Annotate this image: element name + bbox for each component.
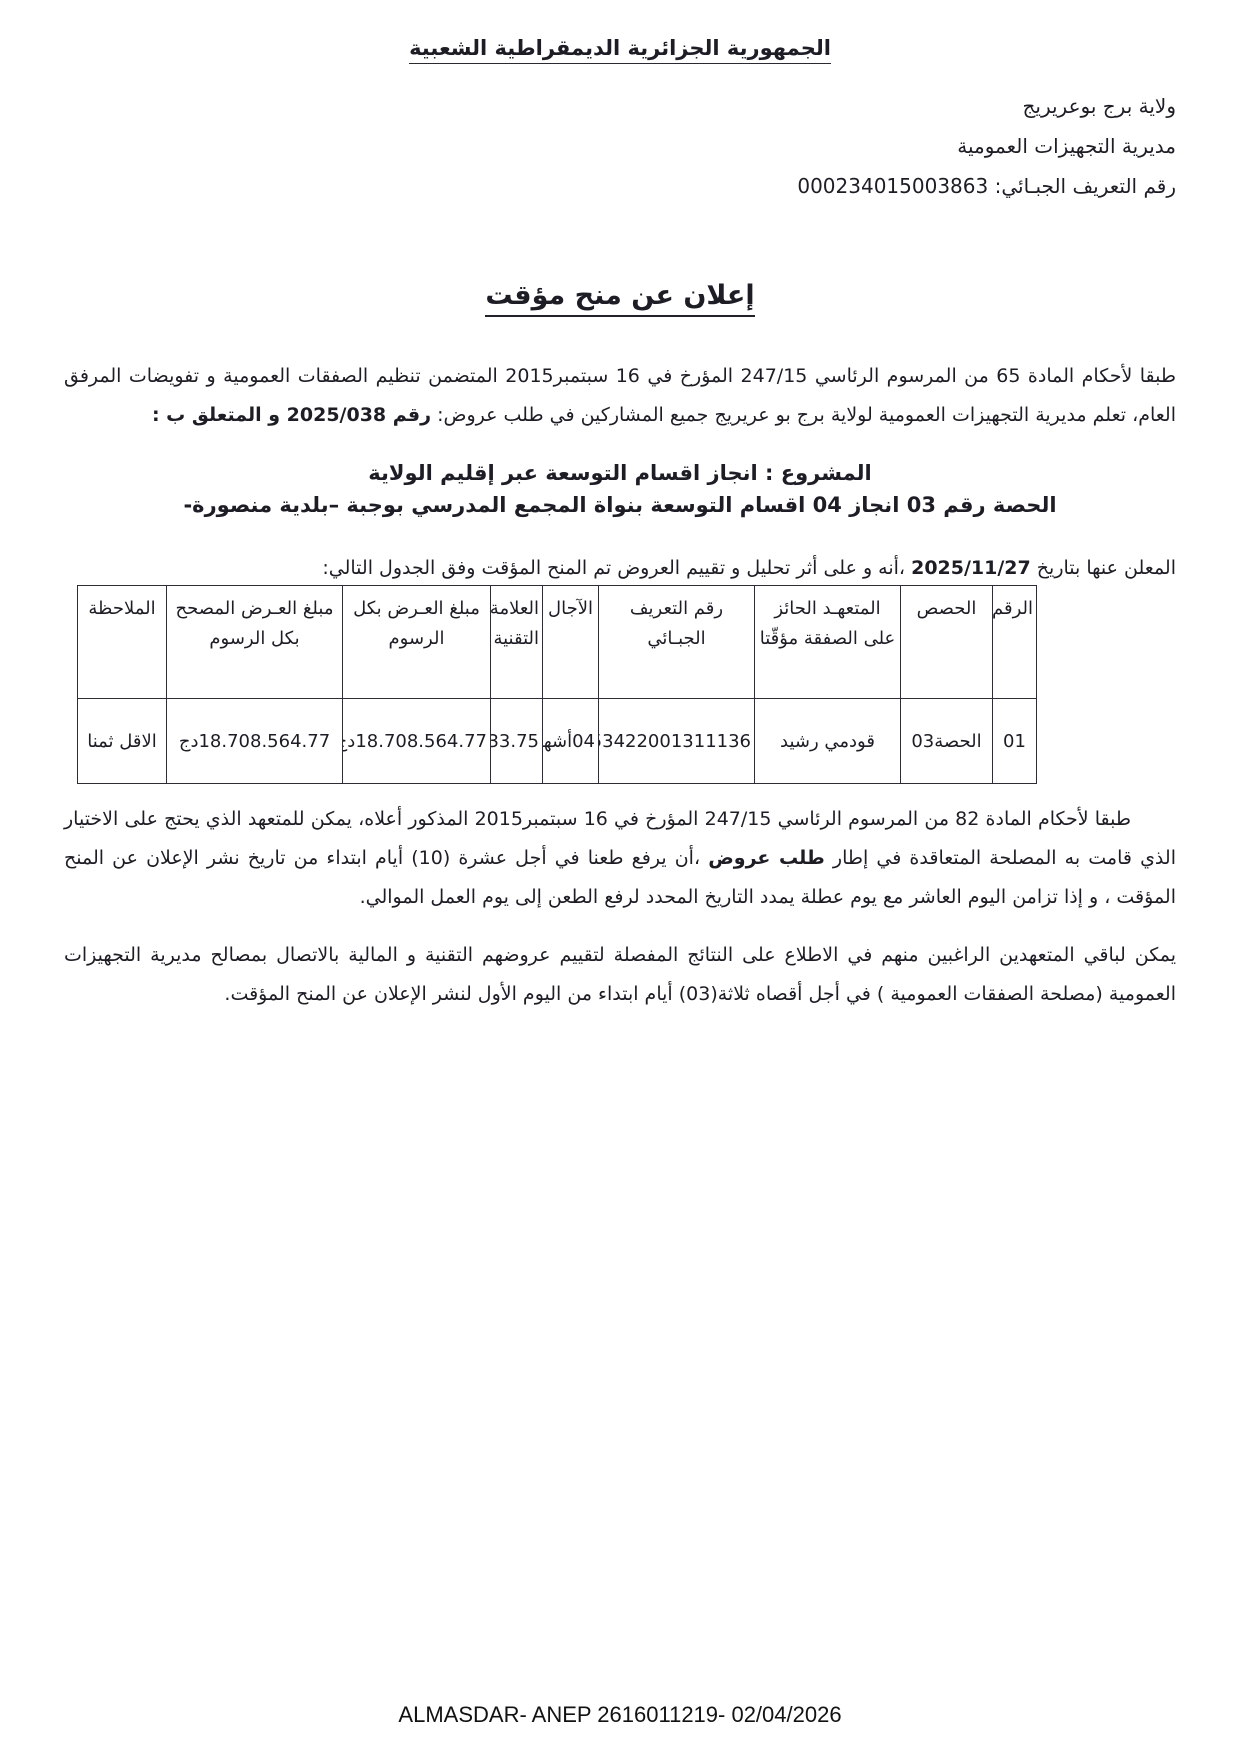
- table-cell-offer-amount: 18.708.564.77دج: [343, 699, 491, 784]
- table-header-cell-remark: الملاحظة: [78, 586, 167, 699]
- table-cell-deadline: 04أشهر: [543, 699, 599, 784]
- tender-ref: رقم 2025/038 و المتعلق ب :: [152, 404, 431, 426]
- tax-id-line: رقم التعريف الجبـائي: 000234015003863: [64, 166, 1176, 206]
- announce-before: المعلن عنها بتاريخ: [1031, 557, 1176, 579]
- table-header-cell-technical-score: العلامة التقنية: [491, 586, 543, 699]
- table-cell-technical-score: 33.75: [491, 699, 543, 784]
- footer-anep: ALMASDAR- ANEP 2616011219- 02/04/2026: [0, 1702, 1240, 1728]
- lot-line: الحصة رقم 03 انجاز 04 اقسام التوسعة بنوا…: [64, 493, 1176, 517]
- award-table: الرقم الحصص المتعهـد الحائز على الصفقة م…: [77, 585, 1037, 784]
- consultation-paragraph: يمكن لباقي المتعهدين الراغبين منهم في ال…: [64, 936, 1176, 1014]
- table-cell-corrected-amount: 18.708.564.77دج: [167, 699, 343, 784]
- document-content: الجمهورية الجزائرية الديمقراطية الشعبية …: [0, 0, 1240, 1014]
- table-cell-contractor: قودمي رشيد: [755, 699, 901, 784]
- announce-date: 2025/11/27: [911, 557, 1031, 579]
- intro-paragraph: طبقا لأحكام المادة 65 من المرسوم الرئاسي…: [64, 357, 1176, 435]
- table-cell-lot: الحصة03: [901, 699, 993, 784]
- announce-after: ،أنه و على أثر تحليل و تقييم العروض تم ا…: [322, 557, 911, 579]
- table-cell-number: 01: [993, 699, 1037, 784]
- table-cell-remark: الاقل ثمنا: [78, 699, 167, 784]
- project-line: المشروع : انجاز اقسام التوسعة عبر إقليم …: [64, 461, 1176, 485]
- agency-block: ولاية برج بوعريريج مديرية التجهيزات العم…: [64, 86, 1176, 206]
- table-header-cell-number: الرقم: [993, 586, 1037, 699]
- table-cell-taxid: 1653422001311136: [599, 699, 755, 784]
- tender-type-bold: طلب عروض: [708, 847, 825, 869]
- table-header-cell-contractor: المتعهـد الحائز على الصفقة مؤقّتا: [755, 586, 901, 699]
- announcement-title-text: إعلان عن منح مؤقت: [485, 280, 754, 317]
- table-header-cell-deadline: الآجال: [543, 586, 599, 699]
- directorate-line: مديرية التجهيزات العمومية: [64, 126, 1176, 166]
- table-header-row: الرقم الحصص المتعهـد الحائز على الصفقة م…: [78, 586, 1037, 699]
- table-header-cell-corrected-amount: مبلغ العـرض المصحح بكل الرسوم: [167, 586, 343, 699]
- table-header-cell-taxid: رقم التعريف الجبـائي: [599, 586, 755, 699]
- appeal-paragraph: طبقا لأحكام المادة 82 من المرسوم الرئاسي…: [64, 800, 1176, 917]
- republic-header: الجمهورية الجزائرية الديمقراطية الشعبية: [64, 36, 1176, 60]
- republic-header-text: الجمهورية الجزائرية الديمقراطية الشعبية: [409, 36, 831, 64]
- wilaya-line: ولاية برج بوعريريج: [64, 86, 1176, 126]
- table-header-cell-lots: الحصص: [901, 586, 993, 699]
- table-header-cell-offer-amount: مبلغ العـرض بكل الرسوم: [343, 586, 491, 699]
- announcement-title: إعلان عن منح مؤقت: [64, 280, 1176, 311]
- announce-date-line: المعلن عنها بتاريخ 2025/11/27 ،أنه و على…: [64, 557, 1176, 579]
- tax-id-label: رقم التعريف الجبـائي:: [995, 174, 1176, 198]
- table-row: 01 الحصة03 قودمي رشيد 1653422001311136 0…: [78, 699, 1037, 784]
- scanned-announcement-page: الجمهورية الجزائرية الديمقراطية الشعبية …: [0, 0, 1240, 1754]
- tax-id-value: 000234015003863: [797, 174, 988, 198]
